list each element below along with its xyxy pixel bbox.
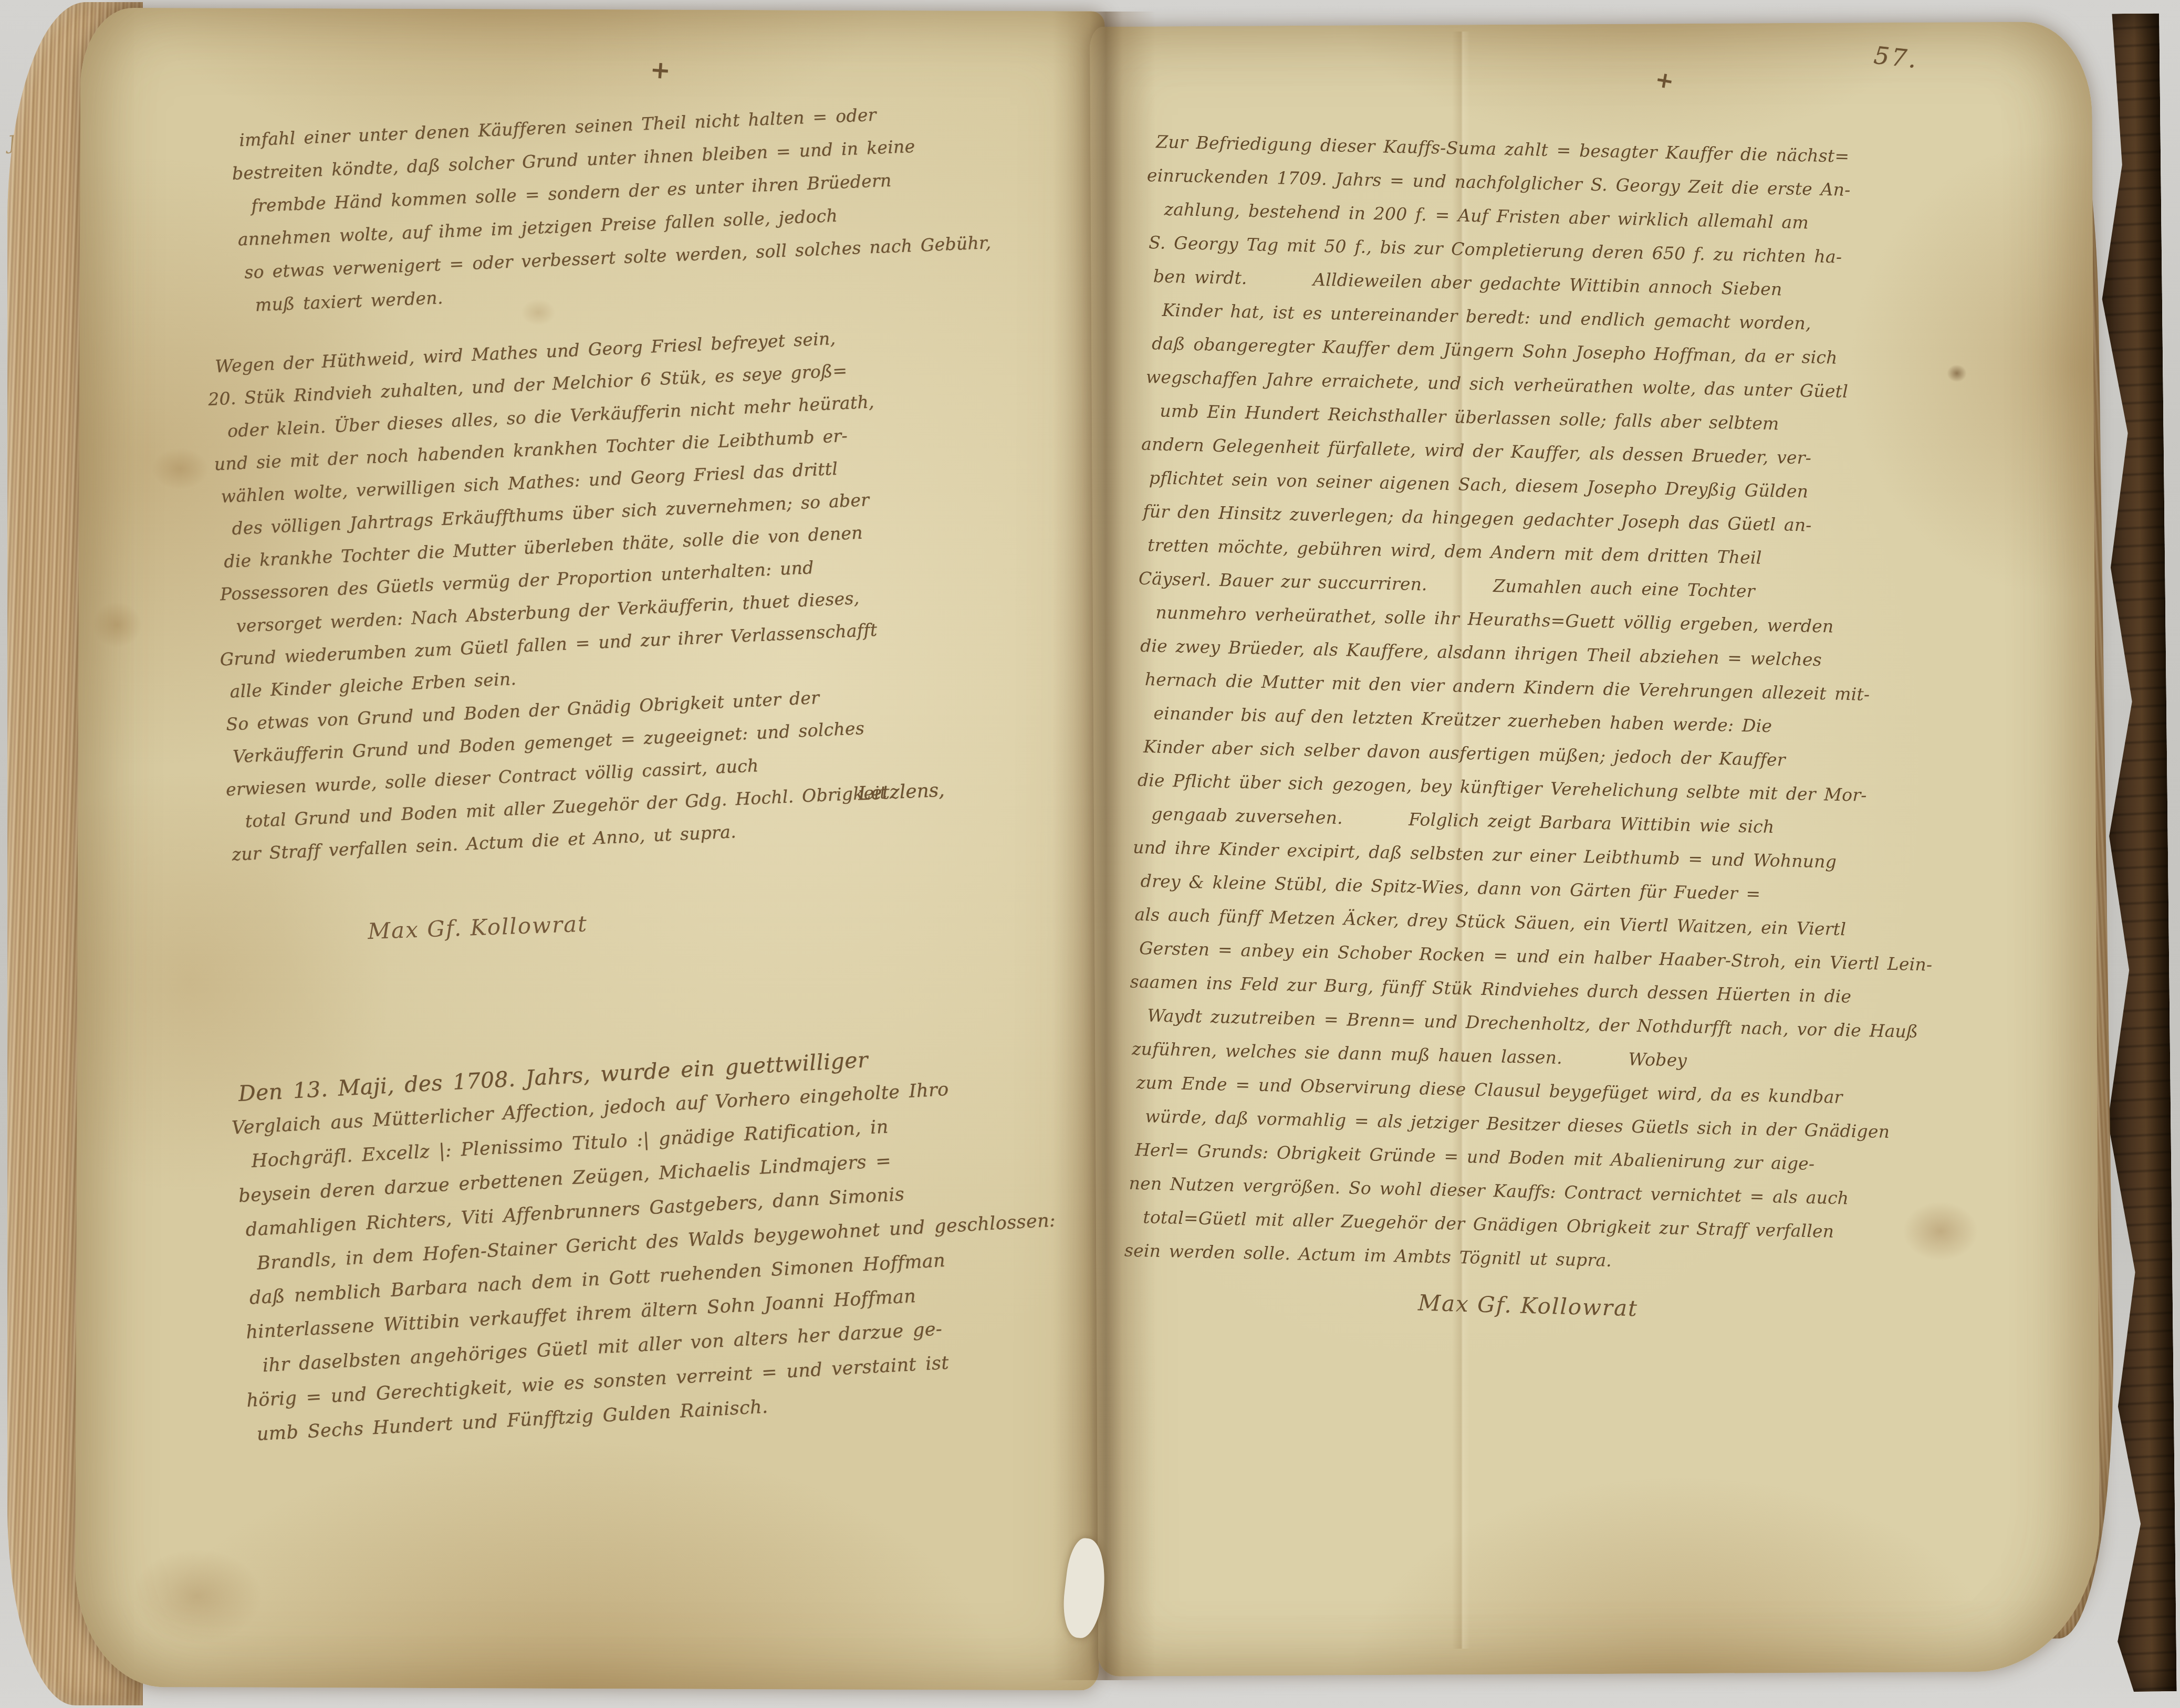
page-number: 57. bbox=[1872, 41, 1920, 74]
paper-stain bbox=[83, 593, 151, 656]
left-page-entry-1708: Den 13. Maji, des 1708. Jahrs, wurde ein… bbox=[229, 1033, 1078, 1452]
paper-stain bbox=[141, 440, 220, 498]
left-page-paragraph-1: imfahl einer unter denen Käufferen seine… bbox=[230, 92, 1036, 322]
letzlens-marginal-word: Letzlens, bbox=[858, 780, 945, 805]
collation-cross-mark-left: + bbox=[649, 55, 671, 85]
paper-stain bbox=[110, 1533, 284, 1659]
manuscript-photo: + + 57. imfahl einer unter denen Käuffer… bbox=[0, 0, 2180, 1708]
right-page-paragraph: Zur Befriedigung dieser Kauffs-Suma zahl… bbox=[1124, 125, 1977, 1285]
